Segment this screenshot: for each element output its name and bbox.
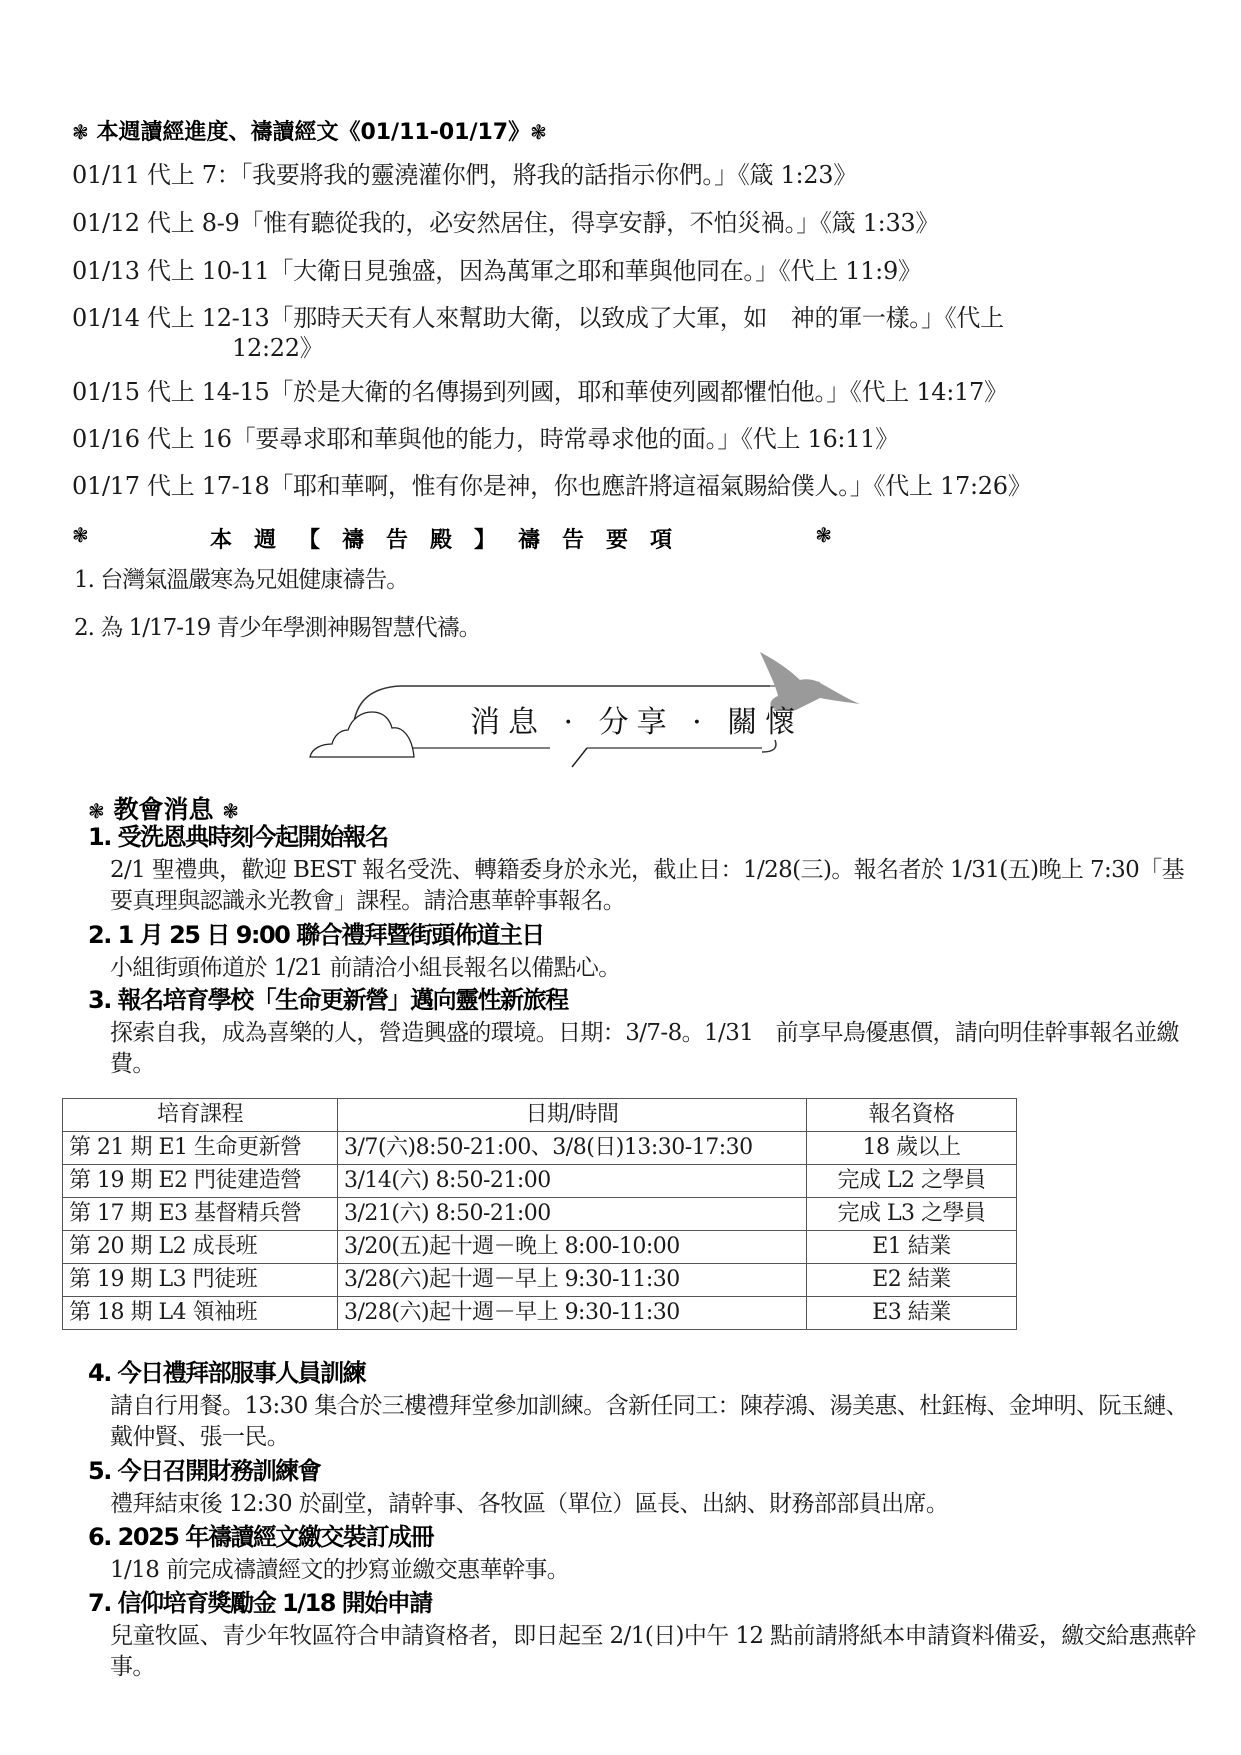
reading-entry-continuation: 12:22》 <box>72 333 1004 363</box>
banner-title: 消息 · 分享 · 關懷 <box>470 697 803 741</box>
flower-icon: ❃ <box>222 799 239 823</box>
news-item-body: 1/18 前完成禱讀經文的抄寫並繳交惠華幹事。 <box>110 1555 1200 1586</box>
reading-entry: 01/17 代上 17-18「耶和華啊，惟有你是神，你也應許將這福氣賜給僕人。」… <box>72 471 1031 501</box>
course-table: 培育課程 日期/時間 報名資格 第 21 期 E1 生命更新營 3/7(六)8:… <box>62 1098 1017 1330</box>
table-header: 日期/時間 <box>338 1099 807 1132</box>
course-requirement: E1 結業 <box>807 1231 1017 1264</box>
cloud-icon <box>310 712 414 757</box>
news-item-heading: 7. 信仰培育獎勵金 1/18 開始申請 <box>88 1588 432 1618</box>
news-item-body: 探索自我，成為喜樂的人，營造興盛的環境。日期：3/7-8。1/31 前享早鳥優惠… <box>110 1018 1200 1080</box>
course-date: 3/14(六) 8:50-21:00 <box>338 1165 807 1198</box>
news-item-heading: 2. 1 月 25 日 9:00 聯合禮拜暨街頭佈道主日 <box>88 920 544 950</box>
news-item-body: 兒童牧區、青少年牧區符合申請資格者，即日起至 2/1(日)中午 12 點前請將紙… <box>110 1621 1200 1683</box>
course-date: 3/7(六)8:50-21:00、3/8(日)13:30-17:30 <box>338 1132 807 1165</box>
course-name: 第 19 期 E2 門徒建造營 <box>63 1165 338 1198</box>
table-row: 第 20 期 L2 成長班 3/20(五)起十週－晚上 8:00-10:00 E… <box>63 1231 1017 1264</box>
reading-entry: 01/15 代上 14-15「於是大衛的名傳揚到列國，耶和華使列國都懼怕他。」《… <box>72 377 1008 407</box>
course-requirement: 完成 L2 之學員 <box>807 1165 1017 1198</box>
course-requirement: E3 結業 <box>807 1297 1017 1330</box>
flower-icon: ❃ <box>88 799 105 823</box>
course-date: 3/21(六) 8:50-21:00 <box>338 1198 807 1231</box>
reading-entry-text: 01/14 代上 12-13「那時天天有人來幫助大衛，以致成了大軍，如 神的軍一… <box>72 304 1004 332</box>
news-item-heading: 6. 2025 年禱讀經文繳交裝訂成冊 <box>88 1522 433 1552</box>
reading-entry: 01/13 代上 10-11「大衛日見強盛，因為萬軍之耶和華與他同在。」《代上 … <box>72 256 922 286</box>
course-requirement: 18 歲以上 <box>807 1132 1017 1165</box>
table-header: 培育課程 <box>63 1099 338 1132</box>
news-section-title: ❃ 教會消息 ❃ <box>88 790 239 826</box>
news-item-heading: 4. 今日禮拜部服事人員訓練 <box>88 1358 365 1388</box>
news-item-body: 請自行用餐。13:30 集合於三樓禮拜堂參加訓練。含新任同工：陳荐鴻、湯美惠、杜… <box>110 1391 1200 1453</box>
reading-section-title: ❃ 本週讀經進度、禱讀經文《01/11-01/17》❃ <box>72 115 547 146</box>
news-item-heading: 5. 今日召開財務訓練會 <box>88 1456 320 1486</box>
reading-entry: 01/11 代上 7：「我要將我的靈澆灌你們，將我的話指示你們。」《箴 1:23… <box>72 160 857 190</box>
news-title-text: 教會消息 <box>113 795 213 824</box>
reading-entry: 01/16 代上 16「要尋求耶和華與他的能力，時常尋求他的面。」《代上 16:… <box>72 424 899 454</box>
table-header-row: 培育課程 日期/時間 報名資格 <box>63 1099 1017 1132</box>
course-requirement: 完成 L3 之學員 <box>807 1198 1017 1231</box>
news-item-heading: 1. 受洗恩典時刻今起開始報名 <box>88 822 388 852</box>
prayer-item: 1. 台灣氣溫嚴寒為兄姐健康禱告。 <box>74 565 408 595</box>
course-name: 第 20 期 L2 成長班 <box>63 1231 338 1264</box>
reading-title-text: 本週讀經進度、禱讀經文《01/11-01/17》 <box>96 120 530 145</box>
course-name: 第 17 期 E3 基督精兵營 <box>63 1198 338 1231</box>
course-name: 第 21 期 E1 生命更新營 <box>63 1132 338 1165</box>
table-row: 第 19 期 L3 門徒班 3/28(六)起十週－早上 9:30-11:30 E… <box>63 1264 1017 1297</box>
table-row: 第 19 期 E2 門徒建造營 3/14(六) 8:50-21:00 完成 L2… <box>63 1165 1017 1198</box>
table-row: 第 17 期 E3 基督精兵營 3/21(六) 8:50-21:00 完成 L3… <box>63 1198 1017 1231</box>
reading-entry: 01/12 代上 8-9「惟有聽從我的，必安然居住，得享安靜，不怕災禍。」《箴 … <box>72 208 939 238</box>
course-date: 3/28(六)起十週－早上 9:30-11:30 <box>338 1297 807 1330</box>
news-item-body: 2/1 聖禮典，歡迎 BEST 報名受洗、轉籍委身於永光，截止日：1/28(三)… <box>110 855 1200 917</box>
table-row: 第 21 期 E1 生命更新營 3/7(六)8:50-21:00、3/8(日)1… <box>63 1132 1017 1165</box>
news-item-body: 小組街頭佈道於 1/21 前請洽小組長報名以備點心。 <box>110 953 1200 984</box>
prayer-item: 2. 為 1/17-19 青少年學測神賜智慧代禱。 <box>74 613 481 643</box>
bulletin-page: ❃ 本週讀經進度、禱讀經文《01/11-01/17》❃ 01/11 代上 7：「… <box>0 0 1241 1755</box>
course-name: 第 18 期 L4 領袖班 <box>63 1297 338 1330</box>
table-row: 第 18 期 L4 領袖班 3/28(六)起十週－早上 9:30-11:30 E… <box>63 1297 1017 1330</box>
table-header: 報名資格 <box>807 1099 1017 1132</box>
course-requirement: E2 結業 <box>807 1264 1017 1297</box>
flower-icon: ❃ <box>72 523 89 554</box>
news-item-heading: 3. 報名培育學校「生命更新營」邁向靈性新旅程 <box>88 985 568 1015</box>
flower-icon: ❃ <box>72 120 89 144</box>
prayer-section-title: ❃ 本週【禱告殿】禱告要項 ❃ <box>72 523 832 554</box>
news-item-body: 禮拜結束後 12:30 於副堂，請幹事、各牧區（單位）區長、出納、財務部部員出席… <box>110 1489 1200 1520</box>
course-date: 3/28(六)起十週－早上 9:30-11:30 <box>338 1264 807 1297</box>
course-name: 第 19 期 L3 門徒班 <box>63 1264 338 1297</box>
flower-icon: ❃ <box>530 120 547 144</box>
reading-entry: 01/14 代上 12-13「那時天天有人來幫助大衛，以致成了大軍，如 神的軍一… <box>72 303 1004 363</box>
prayer-title-text: 本週【禱告殿】禱告要項 <box>210 523 694 554</box>
course-date: 3/20(五)起十週－晚上 8:00-10:00 <box>338 1231 807 1264</box>
flower-icon: ❃ <box>815 523 832 554</box>
